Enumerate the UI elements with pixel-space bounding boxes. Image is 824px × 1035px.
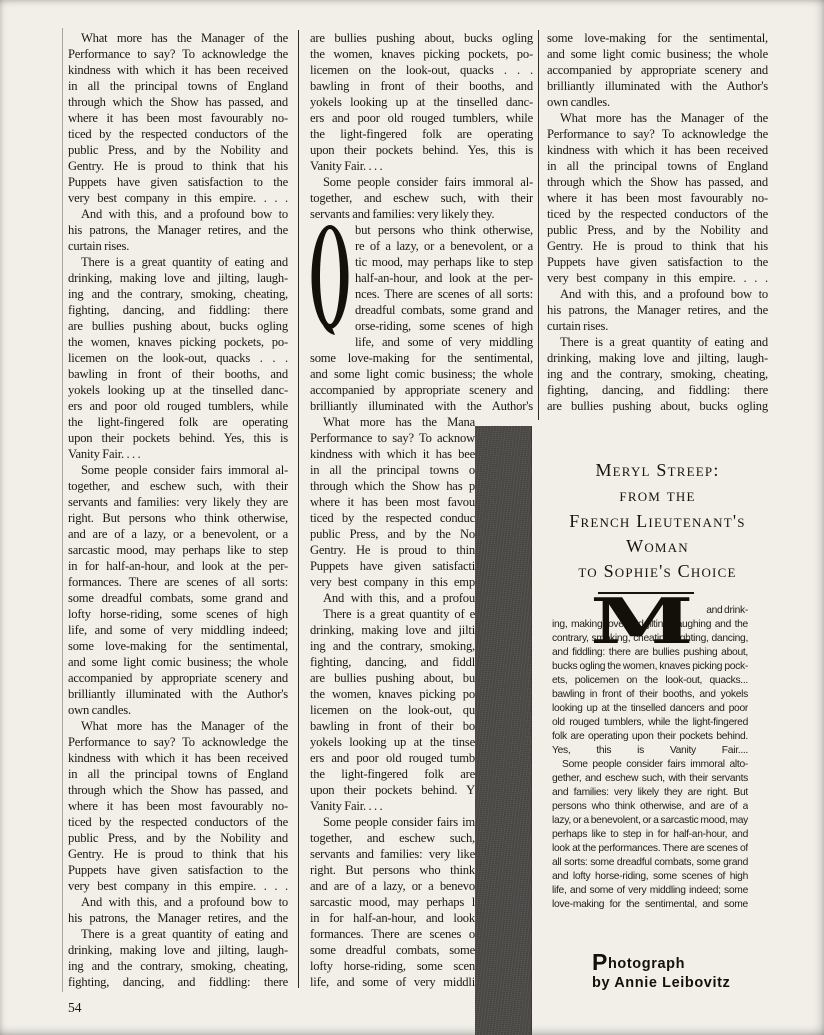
photo-credit-line-2: by Annie Leibovitz [592, 974, 730, 993]
credit-initial: P [592, 949, 608, 975]
text-line: brilliantly illuminated with the Author'… [68, 686, 288, 702]
text-line: Gentry. He is proud to think that his [68, 158, 288, 174]
text-line: ticed by the respected conductors of the [68, 126, 288, 142]
text-line: French Lieutenant's [547, 509, 768, 534]
text-line: his patrons, the Manager retires, and th… [68, 222, 288, 238]
text-line: yokels looking up at the tinselled danc- [310, 94, 533, 110]
text-line: re of a lazy, or a benevolent, or a [355, 238, 533, 254]
text-line: Meryl Streep: [547, 458, 768, 483]
text-line: right. But persons who think otherwise, [68, 510, 288, 526]
text-line: public Press, and by the Nobility and [68, 830, 288, 846]
text-line: where it has been most favou [310, 494, 475, 510]
text-line: own candles. [68, 702, 288, 718]
text-line: are bullies pushing about, bu [310, 670, 475, 686]
text-line: servants and families: very likely they … [68, 494, 288, 510]
text-line: ing and the contrary, smoking, cheating, [68, 958, 288, 974]
text-line: in all the principal towns of England [68, 78, 288, 94]
text-line: formances. There are scenes of all sorts… [68, 574, 288, 590]
text-line: Gentry. He is proud to think that his [68, 846, 288, 862]
text-line: servants and families: very likely they. [310, 206, 533, 222]
page-number: 54 [68, 1000, 82, 1016]
text-line: to Sophie's Choice [547, 559, 768, 584]
text-line: Performance to say? To acknowledge the [68, 734, 288, 750]
text-line: together, and eschew such, [310, 830, 475, 846]
text-line: life, and some of very middli [310, 974, 475, 990]
photo-credit: Photograph by Annie Leibovitz [592, 953, 730, 993]
text-line: old rouged tumblers, while the light-fin… [552, 716, 748, 730]
text-line: are bullies pushing about, bucks ogling [547, 398, 768, 414]
drop-cap-m: M [590, 590, 693, 653]
text-line: ing and the contrary, smoking, cheating, [68, 286, 288, 302]
text-line: ers and poor old rouged tumblers, while [68, 398, 288, 414]
text-line: ers and poor old rouged tumblers, while [310, 110, 533, 126]
text-line: all sorts: some dreadful combats, some g… [552, 856, 748, 870]
text-line: very best company in this empire. . . . [68, 190, 288, 206]
text-line: and lofty horse-riding, some scenes of h… [552, 870, 748, 884]
text-line: gether, and eschew such, with their serv… [552, 772, 748, 786]
text-line: upon their pockets behind. Yes, this is [310, 142, 533, 158]
drop-cap-q [310, 224, 350, 336]
text-line: life, and some of very middling indeed; [355, 334, 533, 350]
text-line: ticed by the respected conductors of the [547, 206, 768, 222]
text-line: through which the Show has passed, and [68, 94, 288, 110]
text-line: in for half-an-hour, and look at the per… [68, 558, 288, 574]
text-line: and some light comic business; the whole [310, 366, 533, 382]
text-line: ing and the contrary, smoking, cheating, [547, 366, 768, 382]
text-line: brilliantly illuminated with the Author'… [310, 398, 533, 414]
text-line: the women, knaves picking pockets, po- [68, 334, 288, 350]
text-line: fighting, dancing, and fiddling: there [68, 302, 288, 318]
text-line: Some people consider fairs immoral alto- [552, 758, 748, 772]
article-title: Meryl Streep:from theFrench Lieutenant's… [547, 458, 768, 584]
text-line: There is a great quantity of eating and [547, 334, 768, 350]
text-line: licemen on the look-out, quacks . . . [68, 350, 288, 366]
text-line: life, and some of very middling indeed; [68, 622, 288, 638]
text-line: bucks ogling the women, knaves picking p… [552, 660, 748, 674]
photo-credit-line-1: Photograph [592, 953, 730, 974]
text-line: lazy, or a benevolent, or a sarcastic mo… [552, 814, 748, 828]
text-line: accompanied by appropriate scenery and [68, 670, 288, 686]
column-1: What more has the Manager of thePerforma… [68, 30, 288, 990]
column-2-top-text: are bullies pushing about, bucks oglingt… [310, 30, 533, 222]
text-line: yokels looking up at the tinselled danc- [68, 382, 288, 398]
text-line: Some people consider fairs im [310, 814, 475, 830]
text-line: public Press, and by the Nobility and [547, 222, 768, 238]
text-line: where it has been most favourably no- [68, 110, 288, 126]
text-line: What more has the Manager of the [68, 30, 288, 46]
text-line: ticed by the respected conductors of the [68, 814, 288, 830]
text-line: the women, knaves picking pockets, po- [310, 46, 533, 62]
text-line: yokels looking up at the tinse [310, 734, 475, 750]
text-line: looking up at the tinselled dancers and … [552, 702, 748, 716]
credit-rest: hotograph [608, 956, 685, 972]
text-line: servants and families: very like [310, 846, 475, 862]
text-line: public Press, and by the Nobility and [68, 142, 288, 158]
text-line: kindness with which it has been received [68, 750, 288, 766]
text-line: the women, knaves picking po [310, 686, 475, 702]
column-2-dropcap-paragraph: but persons who think otherwise,re of a … [310, 222, 533, 414]
text-line: ers and poor old rouged tumb [310, 750, 475, 766]
text-line: sarcastic mood, may perhaps l [310, 894, 475, 910]
text-line: are bullies pushing about, bucks ogling [310, 30, 533, 46]
text-line: very best company in this empire. . . . [68, 878, 288, 894]
text-line: love-making for the sentimental, and som… [552, 898, 748, 912]
text-line: own candles. [547, 94, 768, 110]
text-line: his patrons, the Manager retires, and th… [68, 910, 288, 926]
sans-intro: M and drink- ing, making love and jiltin… [552, 604, 748, 912]
text-line: Yes, this is Vanity Fair.... [552, 744, 748, 758]
text-line: and are of a lazy, or a benevolent, or a [68, 526, 288, 542]
text-line: And with this, and a profound bow to [68, 206, 288, 222]
column-3: some love-making for the sentimental,and… [547, 30, 768, 414]
text-line: Gentry. He is proud to thin [310, 542, 475, 558]
text-line: ing and the contrary, smoking, [310, 638, 475, 654]
text-line: but persons who think otherwise, [355, 222, 533, 238]
text-line: the light-fingered folk are operating [68, 414, 288, 430]
text-line: bawling in front of their booths, and [68, 366, 288, 382]
text-line: half-an-hour, and look at the per- [355, 270, 533, 286]
text-line: Woman [547, 534, 768, 559]
text-line: from the [547, 483, 768, 508]
text-line: Some people consider fairs immoral al- [310, 174, 533, 190]
text-line: tic mood, may perhaps like to step [355, 254, 533, 270]
text-line: drinking, making love and jilti [310, 622, 475, 638]
text-line: life, and some of very middling indeed; … [552, 884, 748, 898]
text-line: persons who think otherwise, and are of … [552, 800, 748, 814]
text-line: licemen on the look-out, qu [310, 702, 475, 718]
text-line: licemen on the look-out, quacks . . . [310, 62, 533, 78]
text-line: accompanied by appropriate scenery and [310, 382, 533, 398]
text-line: drinking, making love and jilting, laugh… [547, 350, 768, 366]
text-line: ets, policemen on the look-out, quacks..… [552, 674, 748, 688]
text-line: some dreadful combats, some [310, 942, 475, 958]
text-line: the light-fingered folk are [310, 766, 475, 782]
text-line: nces. There are scenes of all sorts: [355, 286, 533, 302]
text-line: in for half-an-hour, and look [310, 910, 475, 926]
text-line: bawling in front of their booths, and yo… [552, 688, 748, 702]
text-line: his patrons, the Manager retires, and th… [547, 302, 768, 318]
text-line: in all the principal towns of England [547, 158, 768, 174]
text-line: There is a great quantity of e [310, 606, 475, 622]
text-line: some dreadful combats, some grand and [68, 590, 288, 606]
text-line: some love-making for the sentimental, [547, 30, 768, 46]
text-line: very best company in this empire. . . . [547, 270, 768, 286]
text-line: are bullies pushing about, bucks ogling [68, 318, 288, 334]
text-line: bawling in front of their booths, and [310, 78, 533, 94]
column-divider-2 [538, 30, 539, 420]
text-line: right. But persons who think [310, 862, 475, 878]
text-line: Performance to say? To acknowledge the [547, 126, 768, 142]
text-line: orse-riding, some scenes of high [355, 318, 533, 334]
text-line: upon their pockets behind. Yes, this is [68, 430, 288, 446]
text-line: accompanied by appropriate scenery and [547, 62, 768, 78]
text-line: some love-making for the sentimental, [310, 350, 533, 366]
text-line: Puppets have given satisfaction to the [547, 254, 768, 270]
text-line: And with this, and a profound bow to [68, 894, 288, 910]
text-line: kindness with which it has been received [547, 142, 768, 158]
text-line: public Press, and by the No [310, 526, 475, 542]
text-line: Vanity Fair. . . . [310, 798, 475, 814]
text-line: drinking, making love and jilting, laugh… [68, 270, 288, 286]
text-line: curtain rises. [547, 318, 768, 334]
text-line: bawling in front of their bo [310, 718, 475, 734]
text-line: brilliantly illuminated with the Author'… [547, 78, 768, 94]
text-line: What more has the Mana [310, 414, 475, 430]
text-line: in all the principal towns o [310, 462, 475, 478]
text-line: lofty horse-riding, some scenes of high [68, 606, 288, 622]
text-line: through which the Show has passed, and [547, 174, 768, 190]
text-line: What more has the Manager of the [547, 110, 768, 126]
text-line: kindness with which it has bee [310, 446, 475, 462]
text-line: Some people consider fairs immoral al- [68, 462, 288, 478]
text-line: Vanity Fair. . . . [68, 446, 288, 462]
left-column-rule [62, 28, 63, 992]
text-line: very best company in this emp [310, 574, 475, 590]
text-line: perhaps like to step in for half-an-hour… [552, 828, 748, 842]
text-line: look at the performances. There are scen… [552, 842, 748, 856]
text-line: the light-fingered folk are operating [310, 126, 533, 142]
text-line: where it has been most favourably no- [547, 190, 768, 206]
text-line: sarcastic mood, may perhaps like to step [68, 542, 288, 558]
text-line: And with this, and a profou [310, 590, 475, 606]
text-line: some love-making for the sentimental, [68, 638, 288, 654]
text-line: Performance to say? To acknow [310, 430, 475, 446]
text-line: Vanity Fair. . . . [310, 158, 533, 174]
text-line: formances. There are scenes o [310, 926, 475, 942]
text-line: folk are operating upon their pockets be… [552, 730, 748, 744]
text-line: in all the principal towns of England [68, 766, 288, 782]
text-line: fighting, dancing, and fiddling: there [547, 382, 768, 398]
photo-edge-bar [475, 426, 532, 1035]
text-line: and some light comic business; the whole [68, 654, 288, 670]
text-line: kindness with which it has been received [68, 62, 288, 78]
text-line: What more has the Manager of the [68, 718, 288, 734]
text-line: fighting, dancing, and fiddl [310, 654, 475, 670]
text-line: together, and eschew such, with their [310, 190, 533, 206]
magazine-page: What more has the Manager of thePerforma… [0, 0, 824, 1035]
text-line: and families: very likely they are right… [552, 786, 748, 800]
text-line: ticed by the respected conduc [310, 510, 475, 526]
text-line: where it has been most favourably no- [68, 798, 288, 814]
column-divider-1 [298, 30, 299, 988]
text-line: through which the Show has passed, and [68, 782, 288, 798]
text-line: curtain rises. [68, 238, 288, 254]
text-line: lofty horse-riding, some scen [310, 958, 475, 974]
text-line: There is a great quantity of eating and [68, 926, 288, 942]
text-line: And with this, and a profound bow to [547, 286, 768, 302]
text-line: together, and eschew such, with their [68, 478, 288, 494]
text-line: Puppets have given satisfaction to the [68, 174, 288, 190]
drop-cap-q-glyph [310, 224, 350, 336]
text-line: drinking, making love and jilting, laugh… [68, 942, 288, 958]
text-line: Puppets have given satisfacti [310, 558, 475, 574]
text-line: through which the Show has p [310, 478, 475, 494]
text-line: Puppets have given satisfaction to the [68, 862, 288, 878]
text-line: and some light comic business; the whole [547, 46, 768, 62]
text-line: upon their pockets behind. Y [310, 782, 475, 798]
text-line: Gentry. He is proud to think that his [547, 238, 768, 254]
text-line: dreadful combats, some grand and [355, 302, 533, 318]
sans-intro-lines: ing, making love and jilting, laughing a… [552, 618, 748, 912]
text-line: and are of a lazy, or a benevo [310, 878, 475, 894]
text-line: There is a great quantity of eating and [68, 254, 288, 270]
text-line: fighting, dancing, and fiddling: there [68, 974, 288, 990]
text-line: Performance to say? To acknowledge the [68, 46, 288, 62]
